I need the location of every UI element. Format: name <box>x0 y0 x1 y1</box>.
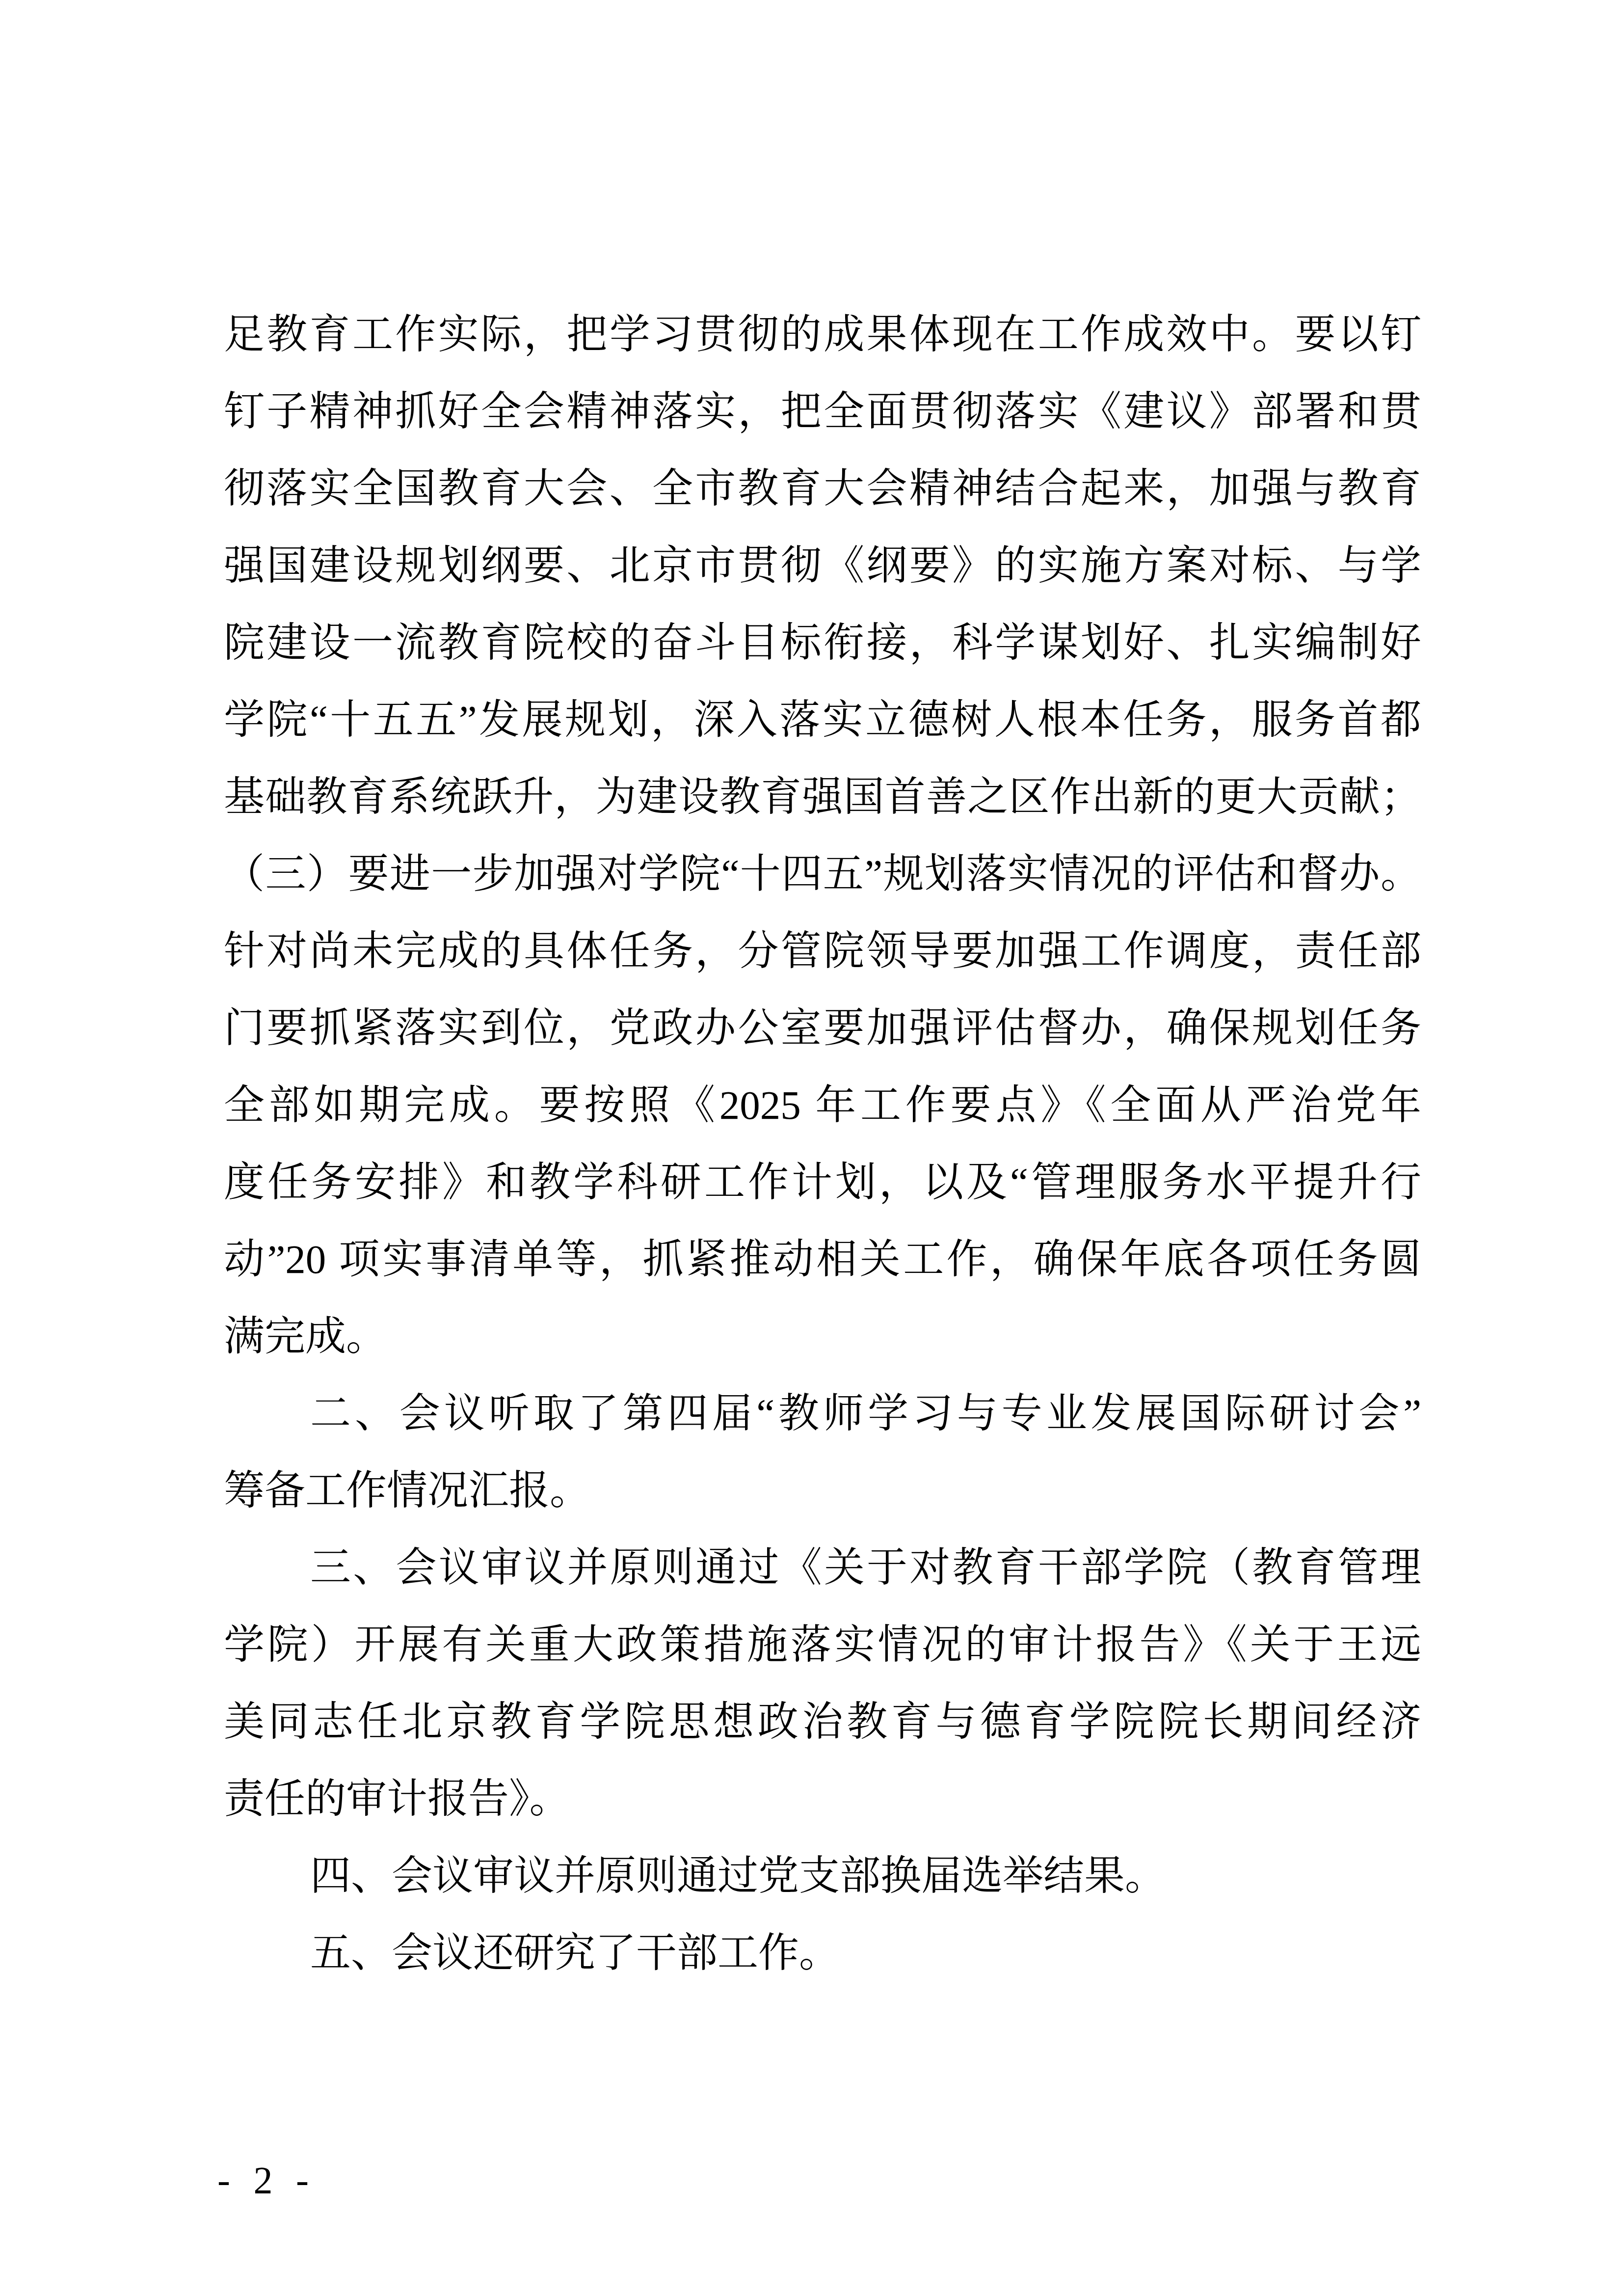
document-line: 动”20 项实事清单等，抓紧推动相关工作，确保年底各项任务圆 <box>224 1221 1421 1298</box>
document-line: 学院“十五五”发展规划，深入落实立德树人根本任务，服务首都 <box>224 681 1421 758</box>
page-number: - 2 - <box>217 2161 316 2199</box>
document-line: 钉子精神抓好全会精神落实，把全面贯彻落实《建议》部署和贯 <box>224 373 1421 450</box>
document-line: 院建设一流教育院校的奋斗目标衔接，科学谋划好、扎实编制好 <box>224 604 1421 681</box>
document-line: 美同志任北京教育学院思想政治教育与德育学院院长期间经济 <box>224 1683 1421 1760</box>
document-line: 学院）开展有关重大政策措施落实情况的审计报告》《关于王远 <box>224 1606 1421 1683</box>
document-line: 基础教育系统跃升，为建设教育强国首善之区作出新的更大贡献； <box>224 758 1421 836</box>
document-line: 三、会议审议并原则通过《关于对教育干部学院（教育管理 <box>224 1529 1421 1606</box>
document-line: 足教育工作实际，把学习贯彻的成果体现在工作成效中。要以钉 <box>224 296 1421 373</box>
document-line: 全部如期完成。要按照《2025 年工作要点》《全面从严治党年 <box>224 1067 1421 1144</box>
document-page: 足教育工作实际，把学习贯彻的成果体现在工作成效中。要以钉 钉子精神抓好全会精神落… <box>0 0 1623 2296</box>
document-line: 责任的审计报告》。 <box>224 1760 1421 1837</box>
document-line: 五、会议还研究了干部工作。 <box>224 1915 1421 1992</box>
document-line: 门要抓紧落实到位，党政办公室要加强评估督办，确保规划任务 <box>224 990 1421 1067</box>
document-line: 满完成。 <box>224 1298 1421 1375</box>
document-line: 度任务安排》和教学科研工作计划，以及“管理服务水平提升行 <box>224 1144 1421 1221</box>
document-line: 筹备工作情况汇报。 <box>224 1452 1421 1529</box>
document-line: 针对尚未完成的具体任务，分管院领导要加强工作调度，责任部 <box>224 913 1421 990</box>
document-line: 二、会议听取了第四届“教师学习与专业发展国际研讨会” <box>224 1375 1421 1452</box>
document-body: 足教育工作实际，把学习贯彻的成果体现在工作成效中。要以钉 钉子精神抓好全会精神落… <box>224 296 1421 1992</box>
document-line: 四、会议审议并原则通过党支部换届选举结果。 <box>224 1837 1421 1915</box>
document-line: （三）要进一步加强对学院“十四五”规划落实情况的评估和督办。 <box>224 836 1421 913</box>
document-line: 强国建设规划纲要、北京市贯彻《纲要》的实施方案对标、与学 <box>224 527 1421 604</box>
document-line: 彻落实全国教育大会、全市教育大会精神结合起来，加强与教育 <box>224 450 1421 527</box>
